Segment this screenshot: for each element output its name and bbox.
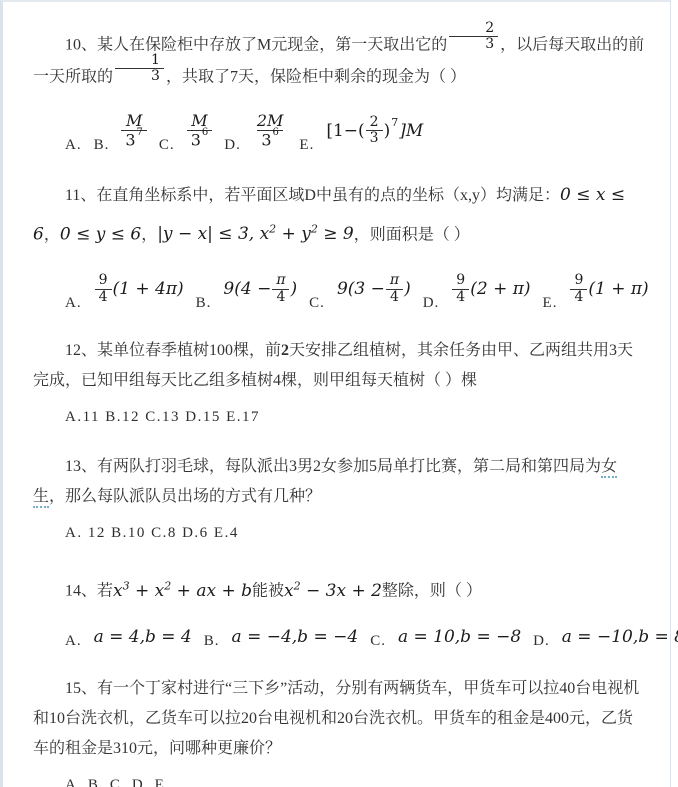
inline-formula-cubic: x3 + x2 + ax + b [113,581,252,601]
question-text-segment: 有两队打羽毛球，每队派出3男2女参加5局单打比赛，第二局和第四局为 [97,458,601,475]
option-e-expression: 94(1 + π) [569,273,648,305]
fraction-one-third: 13 [115,53,164,85]
question-text-segment: 有一个丁家村进行“三下乡”活动，分别有两辆货车，甲货车可以拉40台电视机和10台… [33,680,639,757]
question-number: 11、 [65,187,96,204]
question-text-segment: ，那么每队派队员出场的方式有几种？ [49,488,321,505]
question-14-text: 14、若x3 + x2 + ax + b能被x2 − 3x + 2整除，则（ ） [33,568,648,610]
question-11: 11、在直角坐标系中，若平面区域D中虽有的点的坐标（x,y）均满足：0 ≤ x … [33,178,648,315]
option-d-expression: a = −10,b = 8 [562,627,678,647]
question-15-text: 15、有一个丁家村进行“三下乡”活动，分别有两辆货车，甲货车可以拉40台电视机和… [33,674,648,764]
question-15-options: A. B. C. D. E. [65,776,648,787]
option-c-fraction: M36 [187,112,213,149]
question-number: 15、 [65,680,97,697]
option-label-a: A. [65,633,82,652]
option-label-c: C. [370,633,386,652]
option-a-expression: a = 4,b = 4 [94,627,192,647]
fraction-two-thirds: 23 [449,21,498,53]
question-14: 14、若x3 + x2 + ax + b能被x2 − 3x + 2整除，则（ ）… [33,568,648,652]
question-11-text: 11、在直角坐标系中，若平面区域D中虽有的点的坐标（x,y）均满足：0 ≤ x … [33,178,648,253]
option-label-b: B. [196,295,212,314]
inline-formula-quadratic: x2 − 3x + 2 [284,581,382,601]
option-label-b: B. [204,633,220,652]
option-label-c: C. [309,295,325,314]
question-text-segment: 在直角坐标系中，若平面区域D中虽有的点的坐标（x,y）均满足： [96,187,560,204]
option-e-expression: [1−(23)7]M [326,115,423,147]
question-number: 14、 [65,583,97,600]
question-10-text: 10、某人在保险柜中存放了M元现金，第一天取出它的23，以后每天取出的前一天所取… [33,30,648,94]
question-number: 12、 [65,342,97,359]
inline-formula-constraints: |y − x| ≤ 3, x2 + y2 ≥ 9 [157,224,354,244]
question-14-options: A. a = 4,b = 4 B. a = −4,b = −4 C. a = 1… [65,622,648,652]
question-12-options: A.11 B.12 C.13 D.15 E.17 [65,408,648,426]
question-12: 12、某单位春季植树100棵，前2天安排乙组植树，其余任务由甲、乙两组共用3天完… [33,336,648,426]
option-label-d: D. [423,295,440,314]
question-10-options: A. B. M37 C. M36 D. 2M36 E. [1−(23)7]M [65,106,648,156]
question-text-segment: 整除，则（ ） [382,583,482,600]
option-label-d: D. [224,137,241,156]
question-13: 13、有两队打羽毛球，每队派出3男2女参加5局单打比赛，第二局和第四局为女生，那… [33,452,648,542]
question-text-segment: 若 [97,583,113,600]
option-label-d: D. [533,633,550,652]
option-b-expression: 9(4 −π4) [223,273,297,305]
option-b-fraction: M37 [121,112,147,149]
question-text-segment: 某人在保险柜中存放了M元现金，第一天取出它的 [97,37,447,54]
question-12-text: 12、某单位春季植树100棵，前2天安排乙组植树，其余任务由甲、乙两组共用3天完… [33,336,648,396]
question-15: 15、有一个丁家村进行“三下乡”活动，分别有两辆货车，甲货车可以拉40台电视机和… [33,674,648,787]
document-page: 10、某人在保险柜中存放了M元现金，第一天取出它的23，以后每天取出的前一天所取… [0,0,671,787]
option-c-expression: a = 10,b = −8 [398,627,521,647]
option-c-expression: 9(3 −π4) [337,273,411,305]
option-b-expression: a = −4,b = −4 [232,627,359,647]
option-d-expression: 94(2 + π) [451,273,530,305]
bold-number: 2 [281,342,289,359]
question-text-segment: 能被 [252,583,284,600]
question-text-segment: ，则面积是（ ） [354,226,470,243]
inline-formula-y-range: 0 ≤ y ≤ 6 [60,224,141,244]
question-10: 10、某人在保险柜中存放了M元现金，第一天取出它的23，以后每天取出的前一天所取… [33,30,648,156]
option-a-expression: 94(1 + 4π) [94,273,184,305]
question-number: 13、 [65,458,97,475]
question-13-options: A. 12 B.10 C.8 D.6 E.4 [65,524,648,542]
option-label-e: E. [299,137,314,156]
option-label-a: A. [65,295,82,314]
question-11-options: A. 94(1 + 4π) B. 9(4 −π4) C. 9(3 −π4) D.… [65,264,648,314]
option-label-a: A. [65,137,82,156]
question-text-segment: ，共取了7天，保险柜中剩余的现金为（ ） [166,68,466,85]
option-label-e: E. [543,295,558,314]
question-13-text: 13、有两队打羽毛球，每队派出3男2女参加5局单打比赛，第二局和第四局为女生，那… [33,452,648,512]
question-text-segment: 某单位春季植树100棵，前 [97,342,281,359]
option-label-c: C. [159,137,175,156]
option-label-b: B. [94,137,110,156]
question-number: 10、 [65,37,97,54]
option-d-fraction: 2M36 [253,112,288,149]
